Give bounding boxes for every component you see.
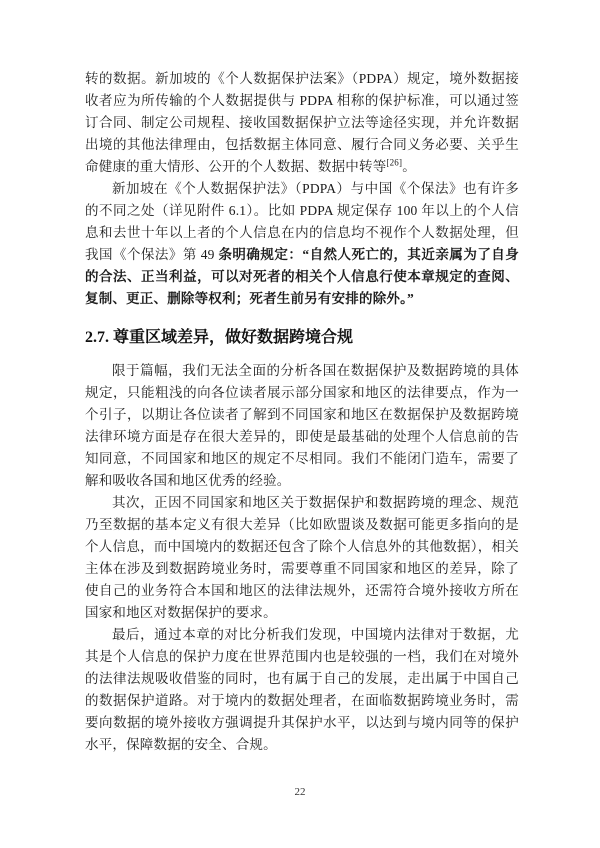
paragraph: 限于篇幅，我们无法全面的分析各国在数据保护及数据跨境的具体规定，只能粗浅的向各位…: [85, 360, 519, 492]
page-number: 22: [0, 786, 600, 798]
section-number: 2.7.: [85, 329, 109, 346]
text-run: 转的数据。新加坡的《个人数据保护法案》（PDPA）规定，境外数据接收者应为所传输…: [85, 71, 519, 174]
text-run: 其次，正因不同国家和地区关于数据保护和数据跨境的理念、规范乃至数据的基本定义有很…: [85, 495, 519, 620]
document-page: 转的数据。新加坡的《个人数据保护法案》（PDPA）规定，境外数据接收者应为所传输…: [0, 0, 600, 848]
text-run: 限于篇幅，我们无法全面的分析各国在数据保护及数据跨境的具体规定，只能粗浅的向各位…: [85, 363, 519, 488]
paragraph: 新加坡在《个人数据保护法》（PDPA）与中国《个保法》也有许多的不同之处（详见附…: [85, 178, 519, 310]
paragraph: 最后，通过本章的对比分析我们发现，中国境内法律对于数据，尤其是个人信息的保护力度…: [85, 624, 519, 756]
text-run: 。: [402, 159, 416, 174]
text-run: 最后，通过本章的对比分析我们发现，中国境内法律对于数据，尤其是个人信息的保护力度…: [85, 627, 519, 752]
paragraph: 转的数据。新加坡的《个人数据保护法案》（PDPA）规定，境外数据接收者应为所传输…: [85, 68, 519, 178]
section-heading: 2.7. 尊重区域差异，做好数据跨境合规: [85, 327, 519, 349]
document-body: 转的数据。新加坡的《个人数据保护法案》（PDPA）规定，境外数据接收者应为所传输…: [85, 68, 519, 756]
section-title: 尊重区域差异，做好数据跨境合规: [113, 329, 353, 346]
paragraph: 其次，正因不同国家和地区关于数据保护和数据跨境的理念、规范乃至数据的基本定义有很…: [85, 492, 519, 624]
footnote-ref: [26]: [386, 158, 402, 168]
